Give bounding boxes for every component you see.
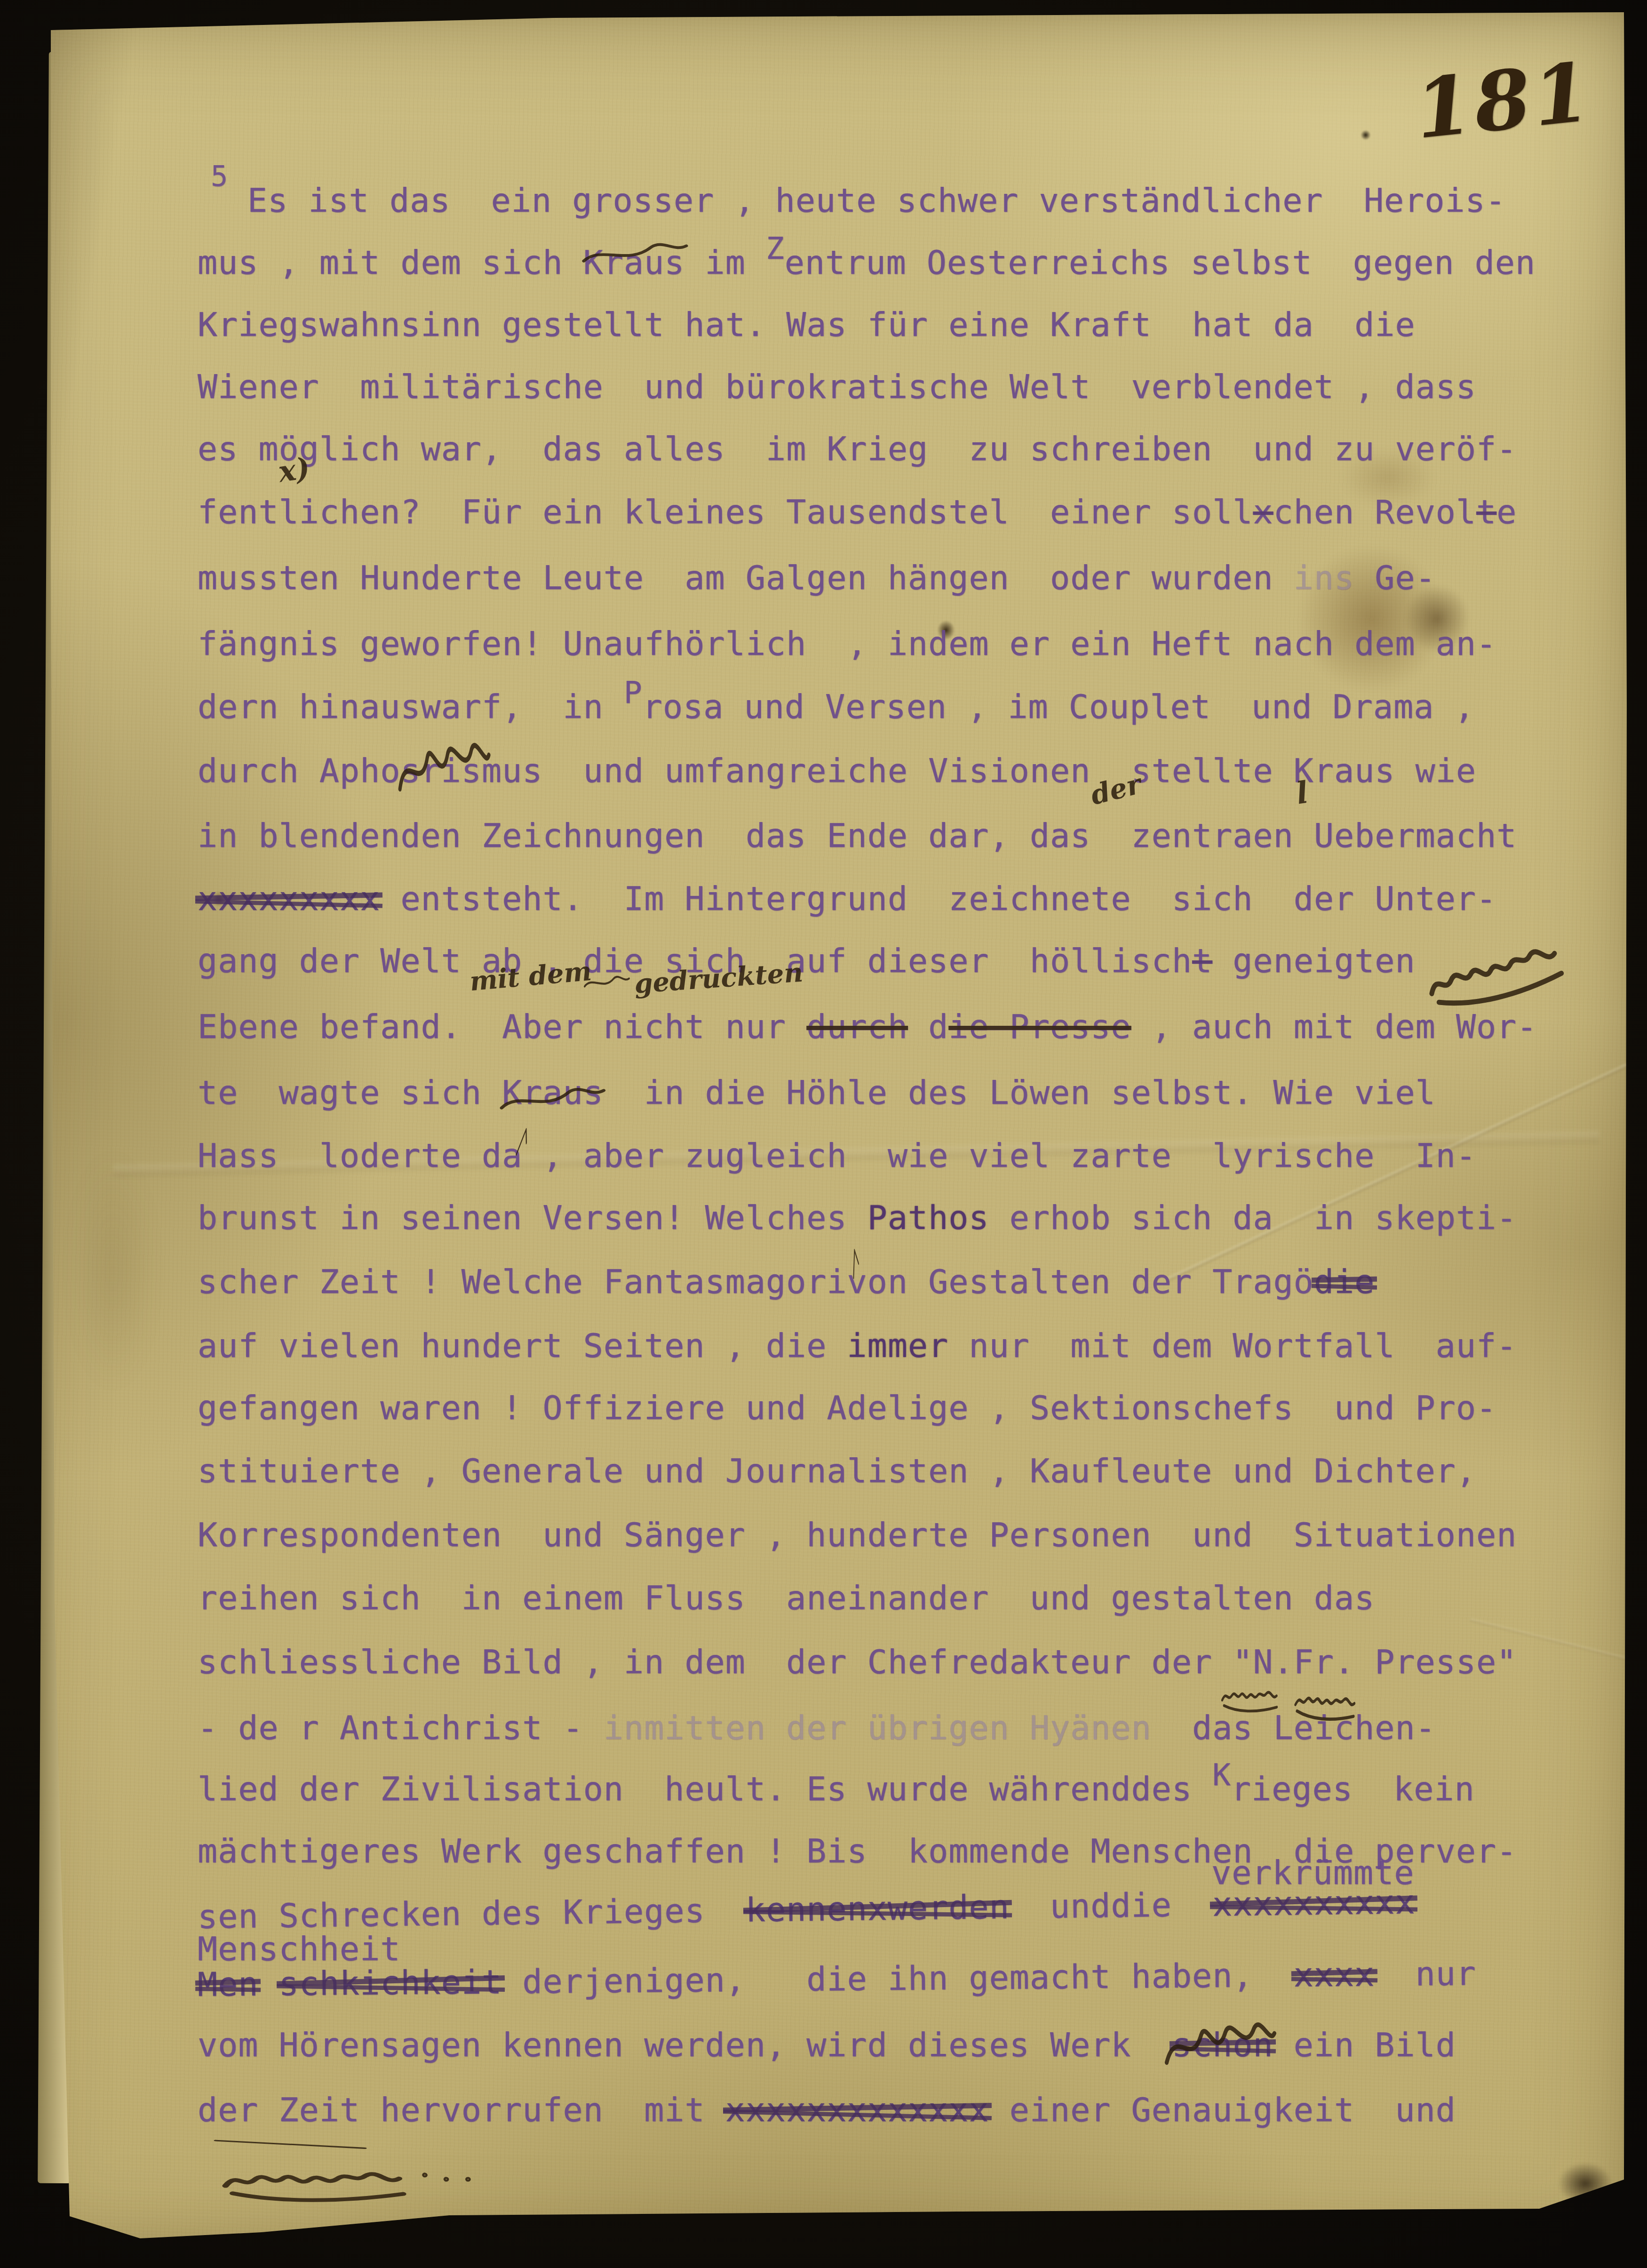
- ink-scribble-loop: [391, 733, 496, 804]
- ink-scribble-strike: [497, 1078, 608, 1122]
- ink-scribble-dots: [413, 2161, 485, 2190]
- ink-scribble-tick: [843, 1245, 871, 1281]
- ink-scribble-line: [212, 2131, 368, 2159]
- ink-scribble-tick: [508, 1123, 542, 1161]
- scribble-layer: [0, 0, 1647, 2268]
- scanned-typescript-page: { "page": { "page_number_hand": "181", "…: [0, 0, 1647, 2268]
- ink-scribble-strike: [583, 970, 631, 996]
- ink-scribble-squig: [1421, 928, 1575, 1014]
- ink-scribble-loop: [1159, 2013, 1280, 2076]
- ink-scribble-squig: [1220, 1677, 1284, 1717]
- ink-scribble-strike: [580, 234, 690, 274]
- document-page: Es ist das ein grosser , heute schwer ve…: [0, 0, 1647, 2268]
- ink-scribble-squig: [220, 2156, 419, 2207]
- ink-scribble-squig: [1292, 1679, 1363, 1727]
